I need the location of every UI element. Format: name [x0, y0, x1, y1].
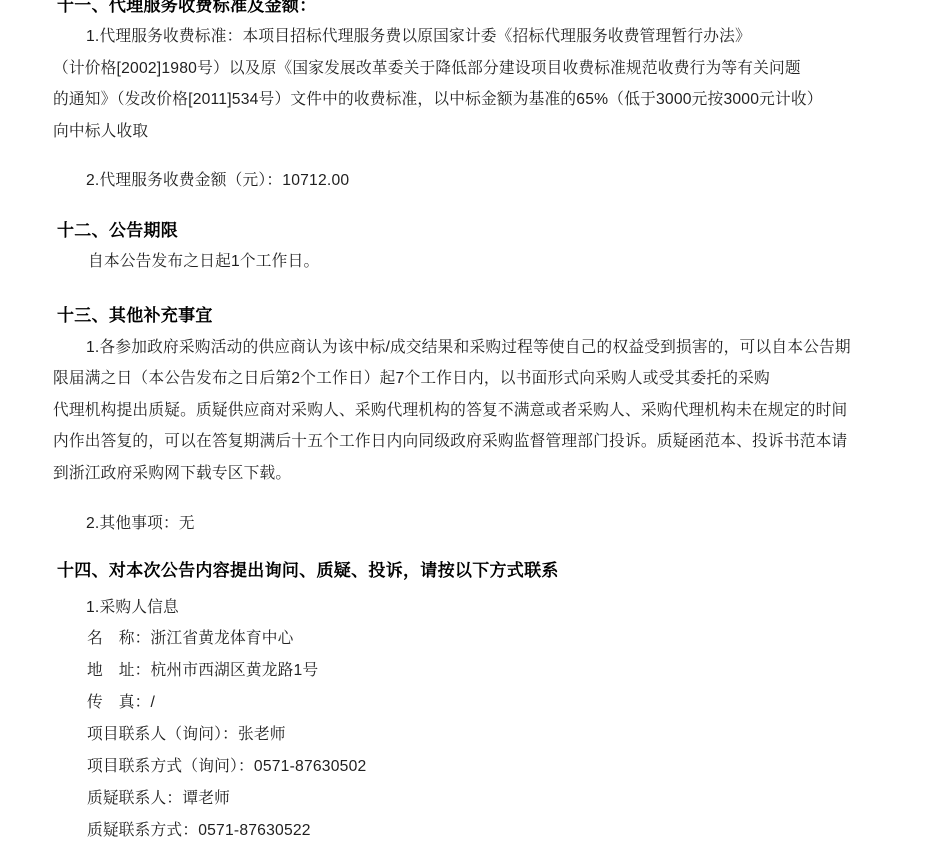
purchaser-info-label: 1.采购人信息: [86, 599, 179, 616]
inquiry-phone-line: 质疑联系方式：0571-87630522: [87, 822, 311, 839]
supplement-line-5: 到浙江政府采购网下载专区下载。: [53, 465, 291, 482]
supplement-line-4: 内作出答复的，可以在答复期满后十五个工作日内向同级政府采购监督管理部门投诉。质疑…: [53, 433, 847, 450]
section-14-heading: 十四、对本次公告内容提出询问、质疑、投诉，请按以下方式联系: [57, 562, 559, 580]
supplement-line-2: 限届满之日（本公告发布之日后第2个工作日）起7个工作日内，以书面形式向采购人或受…: [53, 370, 770, 387]
fee-standard-line-1: 1.代理服务收费标准：本项目招标代理服务费以原国家计委《招标代理服务收费管理暂行…: [86, 28, 751, 45]
announcement-period-line: 自本公告发布之日起1个工作日。: [88, 253, 319, 270]
project-phone-line: 项目联系方式（询问）：0571-87630502: [87, 758, 366, 775]
section-12-heading: 十二、公告期限: [57, 222, 178, 240]
purchaser-fax-line: 传 真：/: [87, 694, 155, 711]
supplement-line-3: 代理机构提出质疑。质疑供应商对采购人、采购代理机构的答复不满意或者采购人、采购代…: [53, 402, 847, 419]
other-matters-line: 2.其他事项：无: [86, 515, 195, 532]
fee-standard-line-2: （计价格[2002]1980号）以及原《国家发展改革委关于降低部分建设项目收费标…: [53, 60, 801, 77]
fee-standard-line-4: 向中标人收取: [53, 123, 148, 140]
section-13-heading: 十三、其他补充事宜: [57, 307, 213, 325]
inquiry-contact-line: 质疑联系人：谭老师: [87, 790, 230, 807]
section-11-heading: 十一、代理服务收费标准及金额：: [57, 0, 317, 15]
fee-standard-line-3: 的通知》（发改价格[2011]534号）文件中的收费标准，以中标金额为基准的65…: [53, 91, 823, 108]
supplement-line-1: 1.各参加政府采购活动的供应商认为该中标/成交结果和采购过程等使自己的权益受到损…: [86, 339, 851, 356]
fee-amount-line: 2.代理服务收费金额（元）：10712.00: [86, 172, 349, 189]
announcement-document: 十一、代理服务收费标准及金额： 1.代理服务收费标准：本项目招标代理服务费以原国…: [0, 0, 944, 849]
project-contact-line: 项目联系人（询问）：张老师: [87, 726, 286, 743]
purchaser-address-line: 地 址：杭州市西湖区黄龙路1号: [87, 662, 318, 679]
purchaser-name-line: 名 称：浙江省黄龙体育中心: [87, 630, 294, 647]
